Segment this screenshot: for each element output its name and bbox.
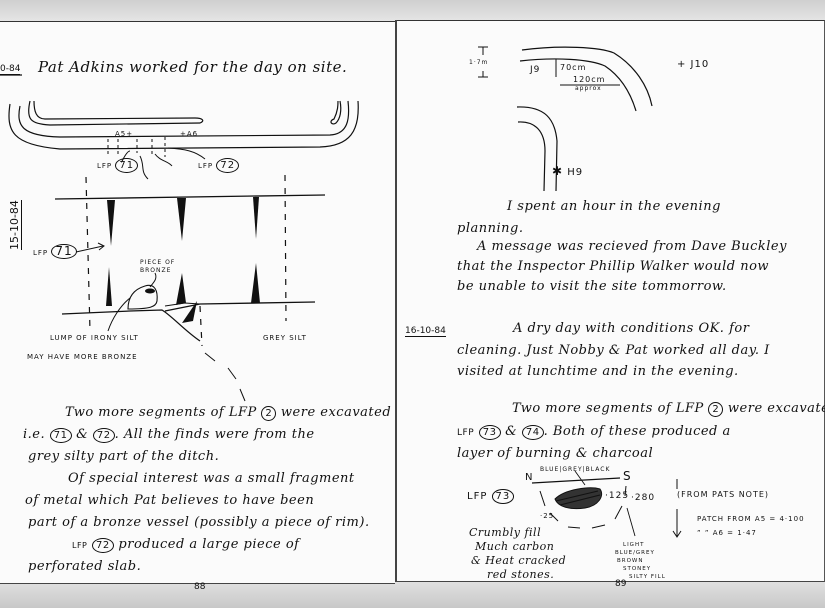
- right-text-5: be unable to visit the site tommorrow.: [457, 279, 727, 294]
- right-text-3: A message was recieved from Dave Buckley: [477, 239, 787, 254]
- label-light-4: STONEY: [623, 566, 651, 572]
- label-crumbly-1: Crumbly fill: [469, 526, 541, 539]
- label-grey-silt: GREY SILT: [263, 334, 307, 342]
- label-blue-grey-black: BLUE|GREY|BLACK: [540, 466, 610, 473]
- right-text-10: LFP 73 & 74. Both of these produced a: [457, 424, 731, 440]
- right-text-8: visited at lunchtime and in the evening.: [457, 364, 739, 379]
- text-line-8: perforated slab.: [28, 559, 141, 574]
- text-line-5: of metal which Pat believes to have been: [25, 493, 314, 508]
- entry-date-top: 0-84: [0, 64, 20, 75]
- label-approx: approx: [575, 85, 602, 92]
- right-text-6: A dry day with conditions OK. for: [513, 321, 749, 336]
- label-crumbly-4: red stones.: [487, 568, 554, 581]
- heading-line: Pat Adkins worked for the day on site.: [38, 58, 347, 76]
- label-a6: +A6: [180, 130, 198, 138]
- label-120cm: 120cm: [573, 75, 605, 84]
- label-patch-a6: ” ” A6 = 1·47: [697, 529, 757, 537]
- label-lfp72-plan: LFP 72: [198, 158, 239, 173]
- scan-background-top: [0, 0, 825, 22]
- right-text-9: Two more segments of LFP 2 were excavate…: [512, 401, 825, 417]
- label-may-have: MAY HAVE MORE BRONZE: [27, 353, 138, 361]
- label-light-2: BLUE/GREY: [615, 550, 655, 556]
- label-piece-of: PIECE OF: [140, 259, 175, 266]
- label-from-pats-note: (FROM PATS NOTE): [677, 490, 769, 499]
- label-lump: LUMP OF IRONY SILT: [50, 334, 139, 342]
- label-light-1: LIGHT: [623, 542, 644, 548]
- label-south: S: [623, 469, 632, 483]
- right-page: 1·7m J9 70cm 120cm approx + J10 ✱ H9 I s…: [397, 20, 825, 582]
- label-bronze: BRONZE: [140, 267, 171, 274]
- text-line-7: LFP 72 produced a large piece of: [72, 537, 299, 553]
- entry-date-16-10-84: 16-10-84: [405, 326, 446, 337]
- right-text-1: I spent an hour in the evening: [507, 199, 721, 214]
- label-light-5: SILTY FILL: [629, 574, 666, 580]
- right-text-11: layer of burning & charcoal: [457, 446, 653, 461]
- text-line-6: part of a bronze vessel (possibly a piec…: [28, 515, 370, 530]
- label-depth-280: ·280: [631, 493, 655, 503]
- text-line-1: Two more segments of LFP 2 were excavate…: [65, 405, 391, 421]
- page-number-right: 89: [615, 579, 626, 589]
- label-crumbly-3: & Heat cracked: [471, 554, 566, 567]
- right-text-4: that the Inspector Phillip Walker would …: [457, 259, 769, 274]
- right-text-7: cleaning. Just Nobby & Pat worked all da…: [457, 343, 770, 358]
- label-light-3: BROWN: [617, 558, 643, 564]
- label-lfp71-plan: LFP 71: [97, 158, 138, 173]
- label-depth-125: ·125: [605, 491, 629, 501]
- label-crumbly-2: Much carbon: [475, 540, 554, 553]
- text-line-4: Of special interest was a small fragment: [68, 471, 355, 486]
- page-number-left: 88: [194, 582, 205, 592]
- margin-date: 15-10-84: [8, 200, 22, 250]
- text-line-2: i.e. 71 & 72. All the finds were from th…: [23, 427, 315, 443]
- scan-background-bottom: [0, 582, 825, 608]
- label-lfp73-section: LFP 73: [467, 489, 514, 504]
- label-north: N: [525, 472, 533, 483]
- label-h9: ✱ H9: [552, 164, 583, 178]
- label-j10: + J10: [677, 59, 709, 70]
- label-width-25: ·25: [540, 512, 554, 520]
- label-lfp71-section: LFP 71: [33, 244, 77, 259]
- right-text-2: planning.: [457, 221, 523, 236]
- label-70cm: 70cm: [560, 63, 586, 72]
- label-a5: A5+: [115, 130, 133, 138]
- label-height: 1·7m: [469, 59, 488, 66]
- label-j9: J9: [530, 65, 540, 75]
- left-page: 0-84 Pat Adkins worked for the day on si…: [0, 21, 395, 584]
- label-patch-a5: PATCH FROM A5 = 4·100: [697, 515, 805, 523]
- text-line-3: grey silty part of the ditch.: [28, 449, 219, 464]
